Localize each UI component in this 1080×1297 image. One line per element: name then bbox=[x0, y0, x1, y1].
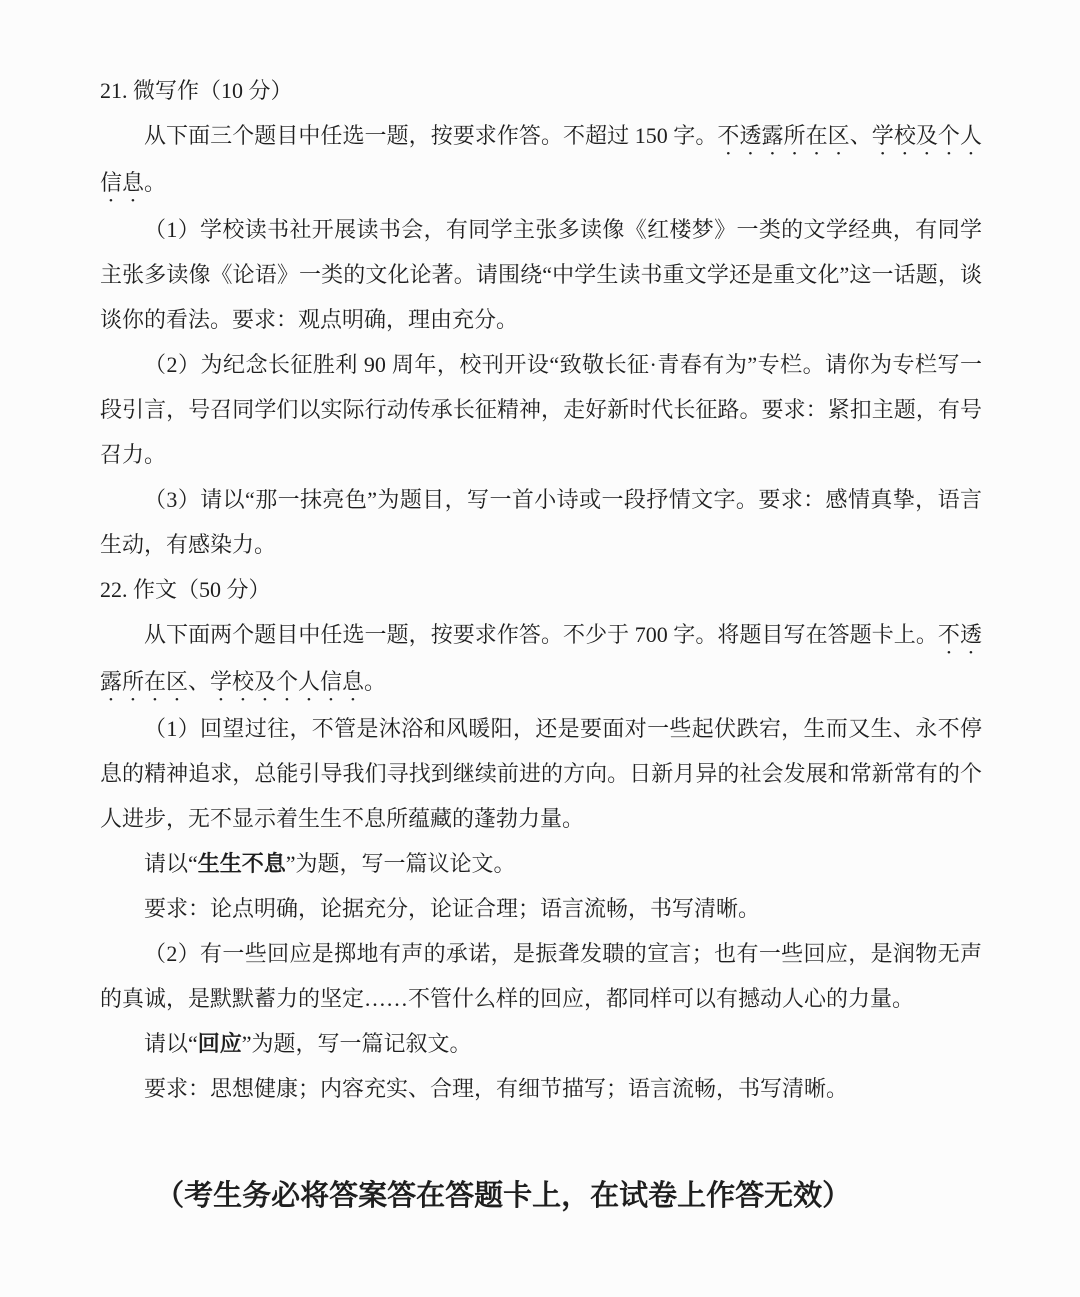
text-segment: 22. 作文（50 分） bbox=[100, 577, 271, 602]
paragraph-q21-intro: 从下面三个题目中任选一题，按要求作答。不超过 150 字。不透露所在区、学校及个… bbox=[100, 113, 982, 207]
text-segment: 。 bbox=[364, 669, 386, 694]
text-segment: 要求：思想健康；内容充实、合理，有细节描写；语言流畅，书写清晰。 bbox=[144, 1076, 848, 1101]
paragraph-q22-option-2-requirements: 要求：思想健康；内容充实、合理，有细节描写；语言流畅，书写清晰。 bbox=[100, 1066, 982, 1111]
text-segment: ”为题，写一篇记叙文。 bbox=[242, 1031, 472, 1056]
text-segment: ”为题，写一篇议论文。 bbox=[286, 851, 516, 876]
essay-title-text: 生生不息 bbox=[198, 851, 286, 876]
paragraph-q22-heading: 22. 作文（50 分） bbox=[100, 567, 982, 612]
text-segment: （3）请以“那一抹亮色”为题目，写一首小诗或一段抒情文字。要求：感情真挚，语言生… bbox=[100, 487, 982, 557]
text-segment: 请以“ bbox=[144, 851, 198, 876]
exam-page: 21. 微写作（10 分）从下面三个题目中任选一题，按要求作答。不超过 150 … bbox=[0, 0, 1080, 1297]
text-segment: 。 bbox=[144, 170, 166, 195]
text-segment: （2）为纪念长征胜利 90 周年，校刊开设“致敬长征·青春有为”专栏。请你为专栏… bbox=[100, 352, 982, 467]
text-segment: （考生务必将答案答在答题卡上，在试卷上作答无效） bbox=[155, 1180, 851, 1212]
exam-text-body: 21. 微写作（10 分）从下面三个题目中任选一题，按要求作答。不超过 150 … bbox=[100, 68, 982, 1217]
paragraph-q21-option-3: （3）请以“那一抹亮色”为题目，写一首小诗或一段抒情文字。要求：感情真挚，语言生… bbox=[100, 477, 982, 567]
paragraph-q22-option-1-requirements: 要求：论点明确，论据充分，论证合理；语言流畅，书写清晰。 bbox=[100, 886, 982, 931]
text-segment: 21. 微写作（10 分） bbox=[100, 78, 293, 103]
paragraph-q22-option-1-title: 请以“生生不息”为题，写一篇议论文。 bbox=[100, 841, 982, 886]
paragraph-answer-sheet-notice: （考生务必将答案答在答题卡上，在试卷上作答无效） bbox=[100, 1175, 982, 1217]
paragraph-q22-option-1: （1）回望过往，不管是沐浴和风暖阳，还是要面对一些起伏跌宕，生而又生、永不停息的… bbox=[100, 706, 982, 841]
text-segment: （1）学校读书社开展读书会，有同学主张多读像《红楼梦》一类的文学经典，有同学主张… bbox=[100, 217, 982, 332]
text-segment: （2）有一些回应是掷地有声的承诺，是振聋发聩的宣言；也有一些回应，是润物无声的真… bbox=[100, 941, 982, 1011]
text-segment: （1）回望过往，不管是沐浴和风暖阳，还是要面对一些起伏跌宕，生而又生、永不停息的… bbox=[100, 716, 982, 831]
essay-title-text: 回应 bbox=[198, 1031, 242, 1056]
text-segment: 从下面两个题目中任选一题，按要求作答。不少于 700 字。将题目写在答题卡上。 bbox=[144, 622, 938, 647]
text-segment: 要求：论点明确，论据充分，论证合理；语言流畅，书写清晰。 bbox=[144, 896, 760, 921]
paragraph-q22-option-2-title: 请以“回应”为题，写一篇记叙文。 bbox=[100, 1021, 982, 1066]
paragraph-q21-option-2: （2）为纪念长征胜利 90 周年，校刊开设“致敬长征·青春有为”专栏。请你为专栏… bbox=[100, 342, 982, 477]
paragraph-q22-option-2: （2）有一些回应是掷地有声的承诺，是振聋发聩的宣言；也有一些回应，是润物无声的真… bbox=[100, 931, 982, 1021]
paragraph-q21-option-1: （1）学校读书社开展读书会，有同学主张多读像《红楼梦》一类的文学经典，有同学主张… bbox=[100, 207, 982, 342]
text-segment: 请以“ bbox=[144, 1031, 198, 1056]
text-segment: 从下面三个题目中任选一题，按要求作答。不超过 150 字。 bbox=[144, 123, 717, 148]
paragraph-q22-intro: 从下面两个题目中任选一题，按要求作答。不少于 700 字。将题目写在答题卡上。不… bbox=[100, 612, 982, 706]
paragraph-q21-heading: 21. 微写作（10 分） bbox=[100, 68, 982, 113]
